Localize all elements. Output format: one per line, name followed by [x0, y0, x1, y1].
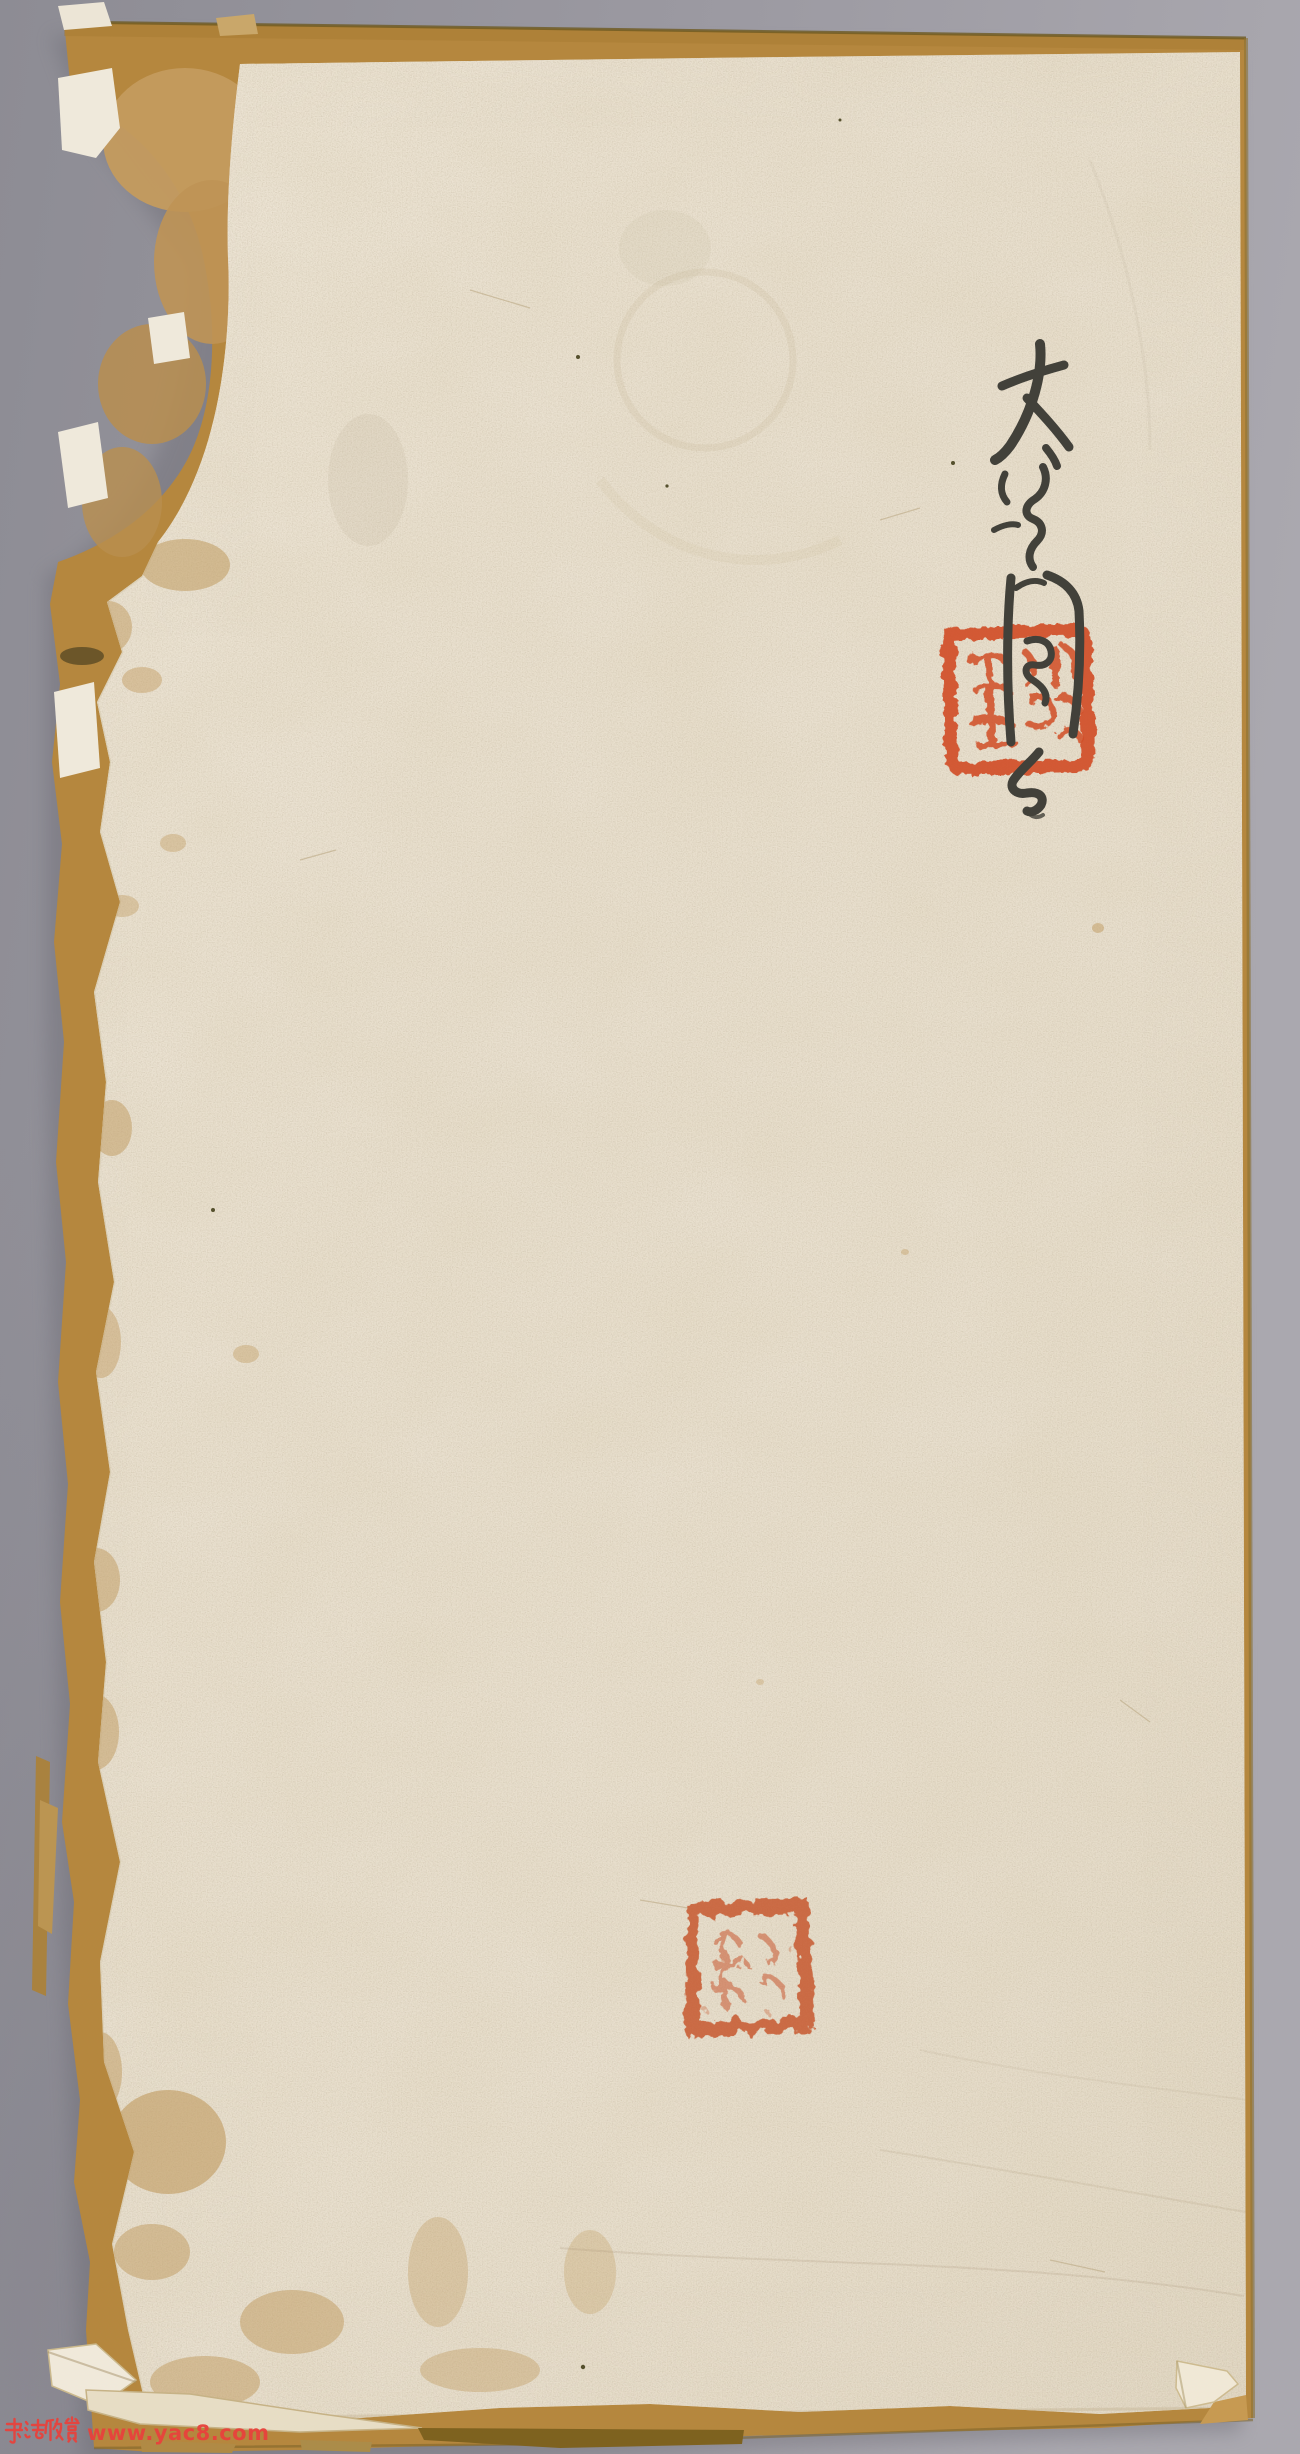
- stain-speck: [1092, 923, 1104, 933]
- speck: [581, 2365, 585, 2369]
- stain-blob: [114, 2224, 190, 2280]
- speck: [576, 355, 580, 359]
- stain-blob: [122, 667, 162, 693]
- stain-blob: [160, 834, 186, 852]
- paper-grain: [60, 20, 1260, 2454]
- lining-patch: [54, 682, 100, 778]
- speck: [211, 1208, 215, 1212]
- seal-glyph-stroke: [714, 1961, 744, 1966]
- photo-canvas: 太清閣帖: [0, 0, 1300, 2454]
- stain-blob: [408, 2217, 468, 2327]
- tear-hole: [60, 647, 104, 665]
- cardboard-sliver-bottom: [300, 2440, 372, 2452]
- seal-glyph-stroke: [1055, 649, 1056, 685]
- watermark-url-text: www.yac8.com: [87, 2421, 270, 2445]
- brush-stroke: [1008, 578, 1011, 742]
- stain-speck: [901, 1249, 909, 1255]
- watermark-glyph-stroke: [18, 2434, 20, 2437]
- seal-glyph-stroke: [989, 661, 991, 741]
- lining-patch: [148, 312, 190, 364]
- gray-smudge: [328, 414, 408, 546]
- speck: [951, 461, 955, 465]
- stain-blob: [240, 2290, 344, 2354]
- speck: [665, 484, 668, 487]
- paper-texture-layer: [60, 20, 1260, 2454]
- speck: [839, 119, 842, 122]
- photo-of-album-cover: 太清閣帖: [0, 0, 1300, 2454]
- seal-glyph-stroke: [721, 1939, 727, 2005]
- stain-blob: [233, 1345, 259, 1363]
- stain-blob: [420, 2348, 540, 2392]
- stain-blob: [564, 2230, 616, 2314]
- stain-speck: [756, 1679, 764, 1685]
- paper-nub-top: [58, 2, 112, 30]
